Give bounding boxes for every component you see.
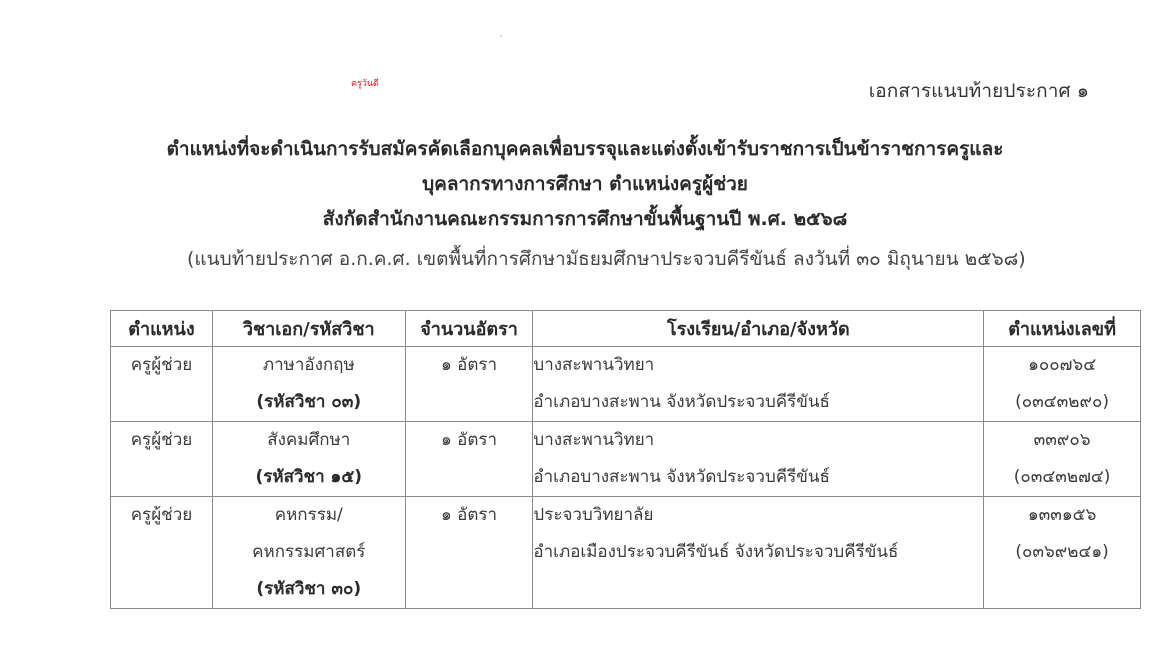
school-name: บางสะพานวิทยา	[533, 422, 983, 459]
subject-code: (รหัสวิชา ๐๓)	[213, 384, 405, 421]
subject-code: (รหัสวิชา ๑๕)	[213, 459, 405, 496]
subject-text: คหกรรมศาสตร์	[213, 534, 405, 571]
subject-text: สังคมศึกษา	[213, 422, 405, 459]
rate-text: ๑ อัตรา	[406, 497, 533, 534]
document-subtitle: (แนบท้ายประกาศ อ.ก.ค.ศ. เขตพื้นที่การศึก…	[187, 244, 1026, 274]
school-location: อำเภอบางสะพาน จังหวัดประจวบคีรีขันธ์	[533, 459, 983, 496]
header-school: โรงเรียน/อำเภอ/จังหวัด	[533, 311, 984, 347]
position-cell: ครูผู้ช่วย	[111, 497, 213, 609]
school-cell: บางสะพานวิทยา อำเภอบางสะพาน จังหวัดประจว…	[533, 347, 984, 422]
position-text: ครูผู้ช่วย	[111, 347, 212, 384]
attachment-label: เอกสารแนบท้ายประกาศ ๑	[869, 76, 1089, 106]
rate-text: ๑ อัตรา	[406, 347, 533, 384]
school-location: อำเภอเมืองประจวบคีรีขันธ์ จังหวัดประจวบค…	[533, 534, 983, 571]
header-rate: จำนวนอัตรา	[405, 311, 533, 347]
position-cell: ครูผู้ช่วย	[111, 422, 213, 497]
school-name: บางสะพานวิทยา	[533, 347, 983, 384]
position-number-cell: ๑๐๐๗๖๔ (๐๓๔๓๒๙๐)	[984, 347, 1141, 422]
subject-text: ภาษาอังกฤษ	[213, 347, 405, 384]
position-number-cell: ๑๓๓๑๕๖ (๐๓๖๙๒๔๑)	[984, 497, 1141, 609]
rate-cell: ๑ อัตรา	[405, 497, 533, 609]
position-cell: ครูผู้ช่วย	[111, 347, 213, 422]
header-subject: วิชาเอก/รหัสวิชา	[212, 311, 405, 347]
watermark: ครูวันดี	[351, 76, 379, 90]
scan-artifact	[500, 35, 502, 37]
position-number-sub: (๐๓๖๙๒๔๑)	[984, 534, 1140, 571]
positions-table: ตำแหน่ง วิชาเอก/รหัสวิชา จำนวนอัตรา โรงเ…	[110, 310, 1141, 609]
position-number: ๑๓๓๑๕๖	[984, 497, 1140, 534]
position-number-cell: ๓๓๙๐๖ (๐๓๔๓๒๗๔)	[984, 422, 1141, 497]
table-header-row: ตำแหน่ง วิชาเอก/รหัสวิชา จำนวนอัตรา โรงเ…	[111, 311, 1141, 347]
position-text: ครูผู้ช่วย	[111, 422, 212, 459]
position-text: ครูผู้ช่วย	[111, 497, 212, 534]
title-line-3: สังกัดสำนักงานคณะกรรมการการศึกษาขั้นพื้น…	[0, 202, 1170, 237]
rate-cell: ๑ อัตรา	[405, 347, 533, 422]
school-name: ประจวบวิทยาลัย	[533, 497, 983, 534]
position-number: ๓๓๙๐๖	[984, 422, 1140, 459]
header-position: ตำแหน่ง	[111, 311, 213, 347]
subject-cell: ภาษาอังกฤษ (รหัสวิชา ๐๓)	[212, 347, 405, 422]
rate-text: ๑ อัตรา	[406, 422, 533, 459]
school-cell: บางสะพานวิทยา อำเภอบางสะพาน จังหวัดประจว…	[533, 422, 984, 497]
position-number-sub: (๐๓๔๓๒๗๔)	[984, 459, 1140, 496]
title-line-1: ตำแหน่งที่จะดำเนินการรับสมัครคัดเลือกบุค…	[0, 132, 1170, 167]
table-row: ครูผู้ช่วย คหกรรม/ คหกรรมศาสตร์ (รหัสวิช…	[111, 497, 1141, 609]
subject-cell: สังคมศึกษา (รหัสวิชา ๑๕)	[212, 422, 405, 497]
subject-text: คหกรรม/	[213, 497, 405, 534]
school-cell: ประจวบวิทยาลัย อำเภอเมืองประจวบคีรีขันธ์…	[533, 497, 984, 609]
title-line-2: บุคลากรทางการศึกษา ตำแหน่งครูผู้ช่วย	[0, 167, 1170, 202]
subject-cell: คหกรรม/ คหกรรมศาสตร์ (รหัสวิชา ๓๐)	[212, 497, 405, 609]
table-row: ครูผู้ช่วย ภาษาอังกฤษ (รหัสวิชา ๐๓) ๑ อั…	[111, 347, 1141, 422]
position-number: ๑๐๐๗๖๔	[984, 347, 1140, 384]
table-row: ครูผู้ช่วย สังคมศึกษา (รหัสวิชา ๑๕) ๑ อั…	[111, 422, 1141, 497]
rate-cell: ๑ อัตรา	[405, 422, 533, 497]
position-number-sub: (๐๓๔๓๒๙๐)	[984, 384, 1140, 421]
header-position-number: ตำแหน่งเลขที่	[984, 311, 1141, 347]
school-location: อำเภอบางสะพาน จังหวัดประจวบคีรีขันธ์	[533, 384, 983, 421]
subject-code: (รหัสวิชา ๓๐)	[213, 571, 405, 608]
document-title: ตำแหน่งที่จะดำเนินการรับสมัครคัดเลือกบุค…	[0, 132, 1170, 237]
